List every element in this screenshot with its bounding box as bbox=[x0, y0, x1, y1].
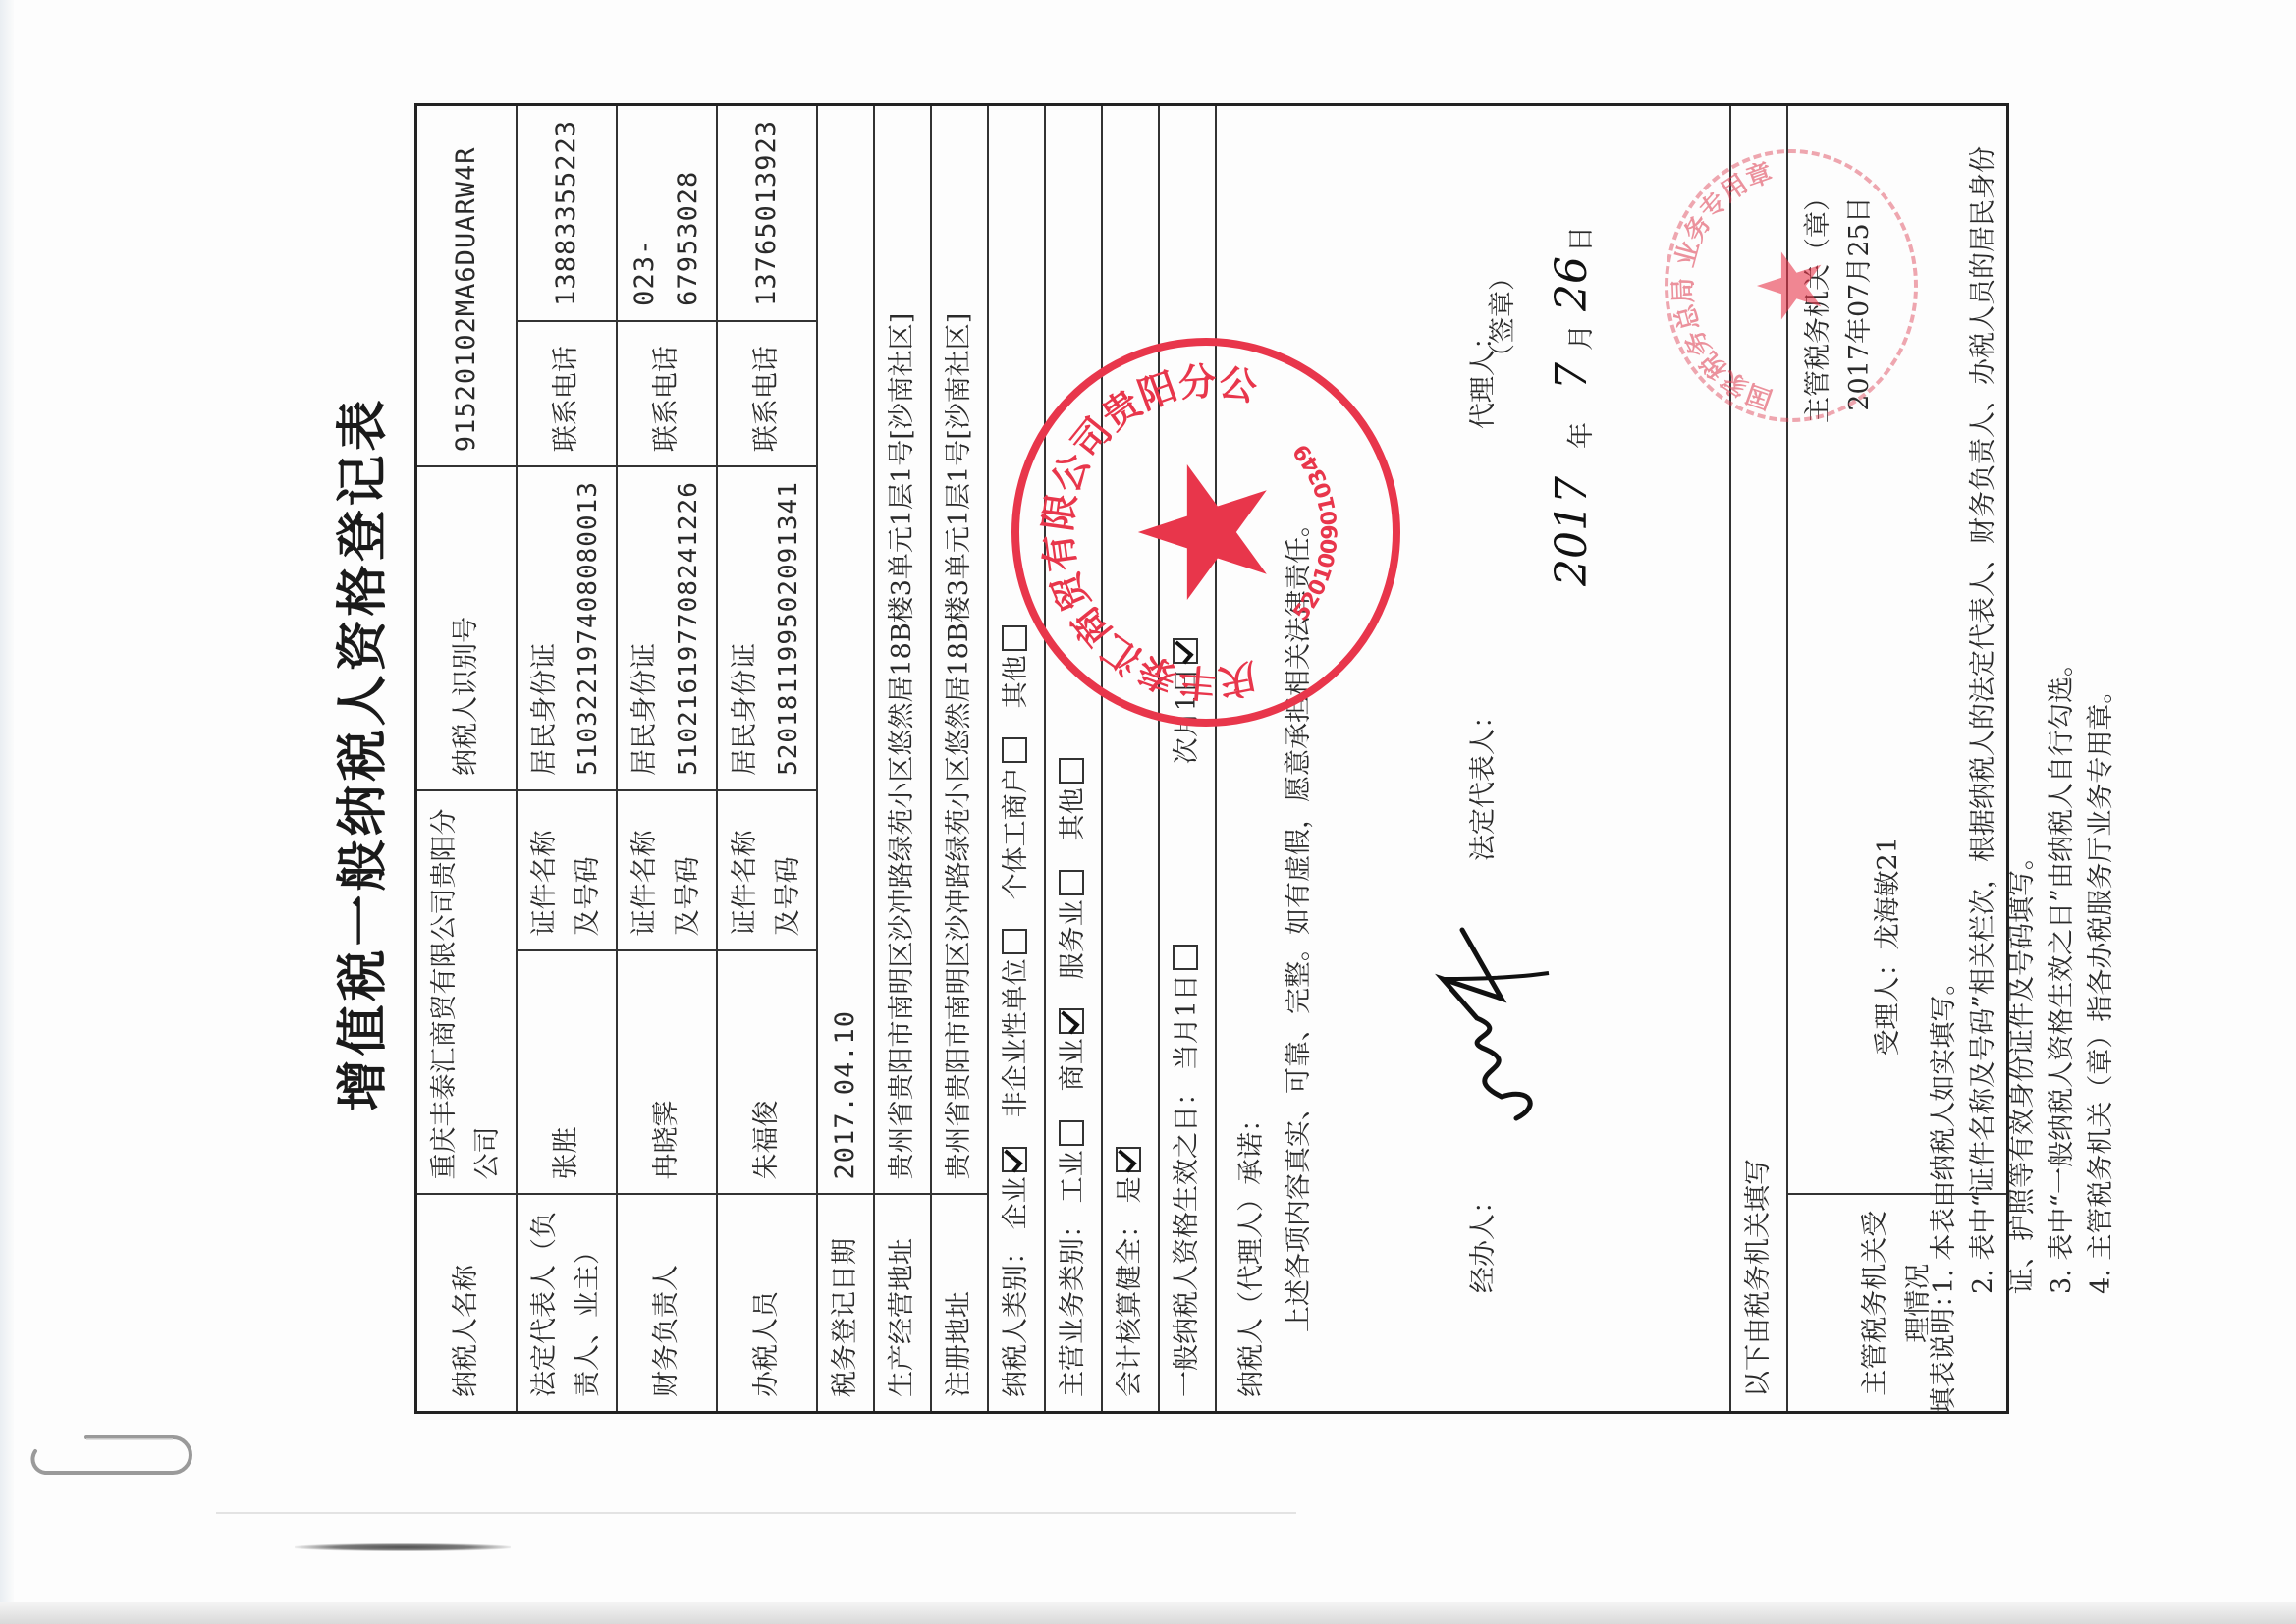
empty-box-icon[interactable] bbox=[1002, 929, 1027, 954]
cert-type: 居民身份证 bbox=[624, 481, 667, 776]
tax-officer-cert-label: 证件名称及号码 bbox=[717, 790, 817, 950]
receiver-name: 龙海敏21 bbox=[1873, 837, 1903, 949]
empty-box-icon[interactable] bbox=[1002, 737, 1027, 763]
effective-date: 一般纳税人资格生效之日： 当月1日次月1日 bbox=[1159, 105, 1216, 1413]
sign-year: 2017 bbox=[1551, 476, 1594, 586]
sign-day: 26 bbox=[1551, 256, 1594, 311]
option-label: 是 bbox=[1115, 1176, 1145, 1203]
finance-name: 冉晓霁 bbox=[617, 950, 717, 1194]
finance-cert: 居民身份证510216197708241226 bbox=[617, 466, 717, 790]
checkbox-option[interactable]: 服务业 bbox=[1058, 866, 1088, 979]
cert-type: 居民身份证 bbox=[724, 481, 767, 776]
option-label: 非企业性单位 bbox=[1001, 958, 1031, 1117]
option-label: 其他 bbox=[1058, 787, 1088, 840]
finance-label: 财务负责人 bbox=[617, 1195, 717, 1413]
biz-addr-value: 贵州省贵阳市南明区沙冲路绿苑小区悠然居18B楼3单元1层1号[沙南社区] bbox=[874, 105, 931, 1195]
company-seal: 重庆丰泰汇商贸有限公司贵阳分公司 5201009010349 ★ bbox=[1011, 338, 1400, 727]
taxpayer-type: 纳税人类别： 企业非企业性单位个体工商户其他 bbox=[988, 105, 1045, 1413]
day-unit: 日 bbox=[1560, 226, 1604, 252]
checkbox-option[interactable]: 商业 bbox=[1058, 1004, 1088, 1091]
sign-month: 7 bbox=[1551, 362, 1594, 390]
legal-rep-sign-label: 法定代表人： bbox=[1462, 702, 1505, 861]
checkbox-option[interactable]: 当月1日 bbox=[1172, 941, 1202, 1070]
legal-rep-phone: 13883355223 bbox=[517, 105, 617, 321]
reg-date-label: 税务登记日期 bbox=[817, 1195, 874, 1413]
tax-officer-name: 朱福俊 bbox=[717, 950, 817, 1194]
row-taxpayer-name: 纳税人名称 重庆丰泰汇商贸有限公司贵阳分公司 纳税人识别号 91520102MA… bbox=[416, 105, 518, 1413]
pledge-heading: 纳税人（代理人）承诺： bbox=[1230, 1106, 1274, 1397]
tax-officer-phone: 13765013923 bbox=[717, 105, 817, 321]
row-legal-rep: 法定代表人（负责人、业主） 张胜 证件名称及号码 居民身份证5103221974… bbox=[517, 105, 617, 1413]
row-effective-date: 一般纳税人资格生效之日： 当月1日次月1日 bbox=[1159, 105, 1216, 1413]
row-main-business: 主营业务类别： 工业商业服务业其他 bbox=[1045, 105, 1102, 1413]
legal-rep-name: 张胜 bbox=[517, 950, 617, 1194]
tax-officer-phone-label: 联系电话 bbox=[717, 321, 817, 466]
seal-label: （签章） bbox=[1482, 264, 1525, 370]
scan-edge-left bbox=[0, 0, 14, 1624]
option-label: 服务业 bbox=[1058, 899, 1088, 979]
pledge-section: 纳税人（代理人）承诺： 上述各项内容真实、可靠、完整。如有虚假，愿意承担相关法律… bbox=[1216, 105, 1730, 1413]
notes-heading: 填表说明： bbox=[1925, 1281, 1964, 1414]
biz-addr-label: 生产经营地址 bbox=[874, 1195, 931, 1413]
row-finance-manager: 财务负责人 冉晓霁 证件名称及号码 居民身份证51021619770824122… bbox=[617, 105, 717, 1413]
empty-box-icon[interactable] bbox=[1173, 945, 1198, 970]
reg-addr-value: 贵州省贵阳市南明区沙冲路绿苑小区悠然居18B楼3单元1层1号[沙南社区] bbox=[931, 105, 988, 1195]
finance-cert-label: 证件名称及号码 bbox=[617, 790, 717, 950]
star-icon: ★ bbox=[1118, 453, 1294, 611]
scan-shadow-line bbox=[216, 1512, 1296, 1514]
main-business-options: 工业商业服务业其他 bbox=[1058, 729, 1088, 1203]
star-icon: ★ bbox=[1747, 246, 1835, 326]
note-item: 2. 表中“证件名称及号码”相关栏次，根据纳税人的法定代表人、财务负责人、办税人… bbox=[1964, 103, 2043, 1294]
notes-items: 1. 本表由纳税人如实填写。 2. 表中“证件名称及号码”相关栏次，根据纳税人的… bbox=[1925, 103, 2121, 1294]
reg-addr-label: 注册地址 bbox=[931, 1195, 988, 1413]
cert-number: 520181199502091341 bbox=[767, 481, 810, 776]
checked-box-icon[interactable] bbox=[1059, 1008, 1084, 1034]
legal-rep-label: 法定代表人（负责人、业主） bbox=[517, 1195, 617, 1413]
row-business-address: 生产经营地址 贵州省贵阳市南明区沙冲路绿苑小区悠然居18B楼3单元1层1号[沙南… bbox=[874, 105, 931, 1413]
cert-type: 居民身份证 bbox=[523, 481, 567, 776]
accounting-options: 是 bbox=[1115, 1117, 1145, 1203]
option-label: 商业 bbox=[1058, 1038, 1088, 1091]
taxpayer-id-label: 纳税人识别号 bbox=[416, 466, 518, 790]
month-unit: 月 bbox=[1560, 324, 1604, 351]
main-business-label: 主营业务类别： bbox=[1058, 1212, 1088, 1397]
handler-signature bbox=[1423, 920, 1551, 1126]
option-label: 个体工商户 bbox=[1001, 767, 1031, 899]
taxpayer-type-label: 纳税人类别： bbox=[1001, 1238, 1031, 1397]
checkbox-option[interactable]: 个体工商户 bbox=[1001, 733, 1031, 899]
scan-edge-bottom bbox=[0, 1602, 2296, 1624]
empty-box-icon[interactable] bbox=[1059, 1120, 1084, 1146]
registration-form-sheet: 增值税一般纳税人资格登记表 纳税人名称 重庆丰泰汇商贸有限公司贵阳分公司 纳税人… bbox=[324, 93, 2170, 1414]
finance-phone-label: 联系电话 bbox=[617, 321, 717, 466]
option-label: 工业 bbox=[1058, 1150, 1088, 1203]
row-taxpayer-type: 纳税人类别： 企业非企业性单位个体工商户其他 bbox=[988, 105, 1045, 1413]
accounting: 会计核算健全： 是 bbox=[1102, 105, 1159, 1413]
main-business: 主营业务类别： 工业商业服务业其他 bbox=[1045, 105, 1102, 1413]
option-label: 当月1日 bbox=[1172, 974, 1202, 1070]
form-title: 增值税一般纳税人资格登记表 bbox=[324, 93, 403, 1414]
effective-date-label: 一般纳税人资格生效之日： bbox=[1172, 1079, 1202, 1397]
handler-label: 经办人： bbox=[1462, 1187, 1505, 1293]
checkbox-option[interactable]: 非企业性单位 bbox=[1001, 925, 1031, 1117]
paper-clip-icon bbox=[26, 1432, 192, 1479]
note-item: 3. 表中“一般纳税人资格生效之日”由纳税人自行勾选。 bbox=[2043, 103, 2082, 1294]
receiver-label: 受理人： bbox=[1873, 950, 1903, 1056]
note-item: 4. 主管税务机关（章）指各办税服务厅业务专用章。 bbox=[2082, 103, 2121, 1294]
year-unit: 年 bbox=[1560, 422, 1604, 449]
row-tax-officer: 办税人员 朱福俊 证件名称及号码 居民身份证520181199502091341… bbox=[717, 105, 817, 1413]
option-label: 企业 bbox=[1001, 1176, 1031, 1229]
checkbox-option[interactable]: 企业 bbox=[1001, 1143, 1031, 1229]
row-pledge: 纳税人（代理人）承诺： 上述各项内容真实、可靠、完整。如有虚假，愿意承担相关法律… bbox=[1216, 105, 1730, 1413]
row-accounting: 会计核算健全： 是 bbox=[1102, 105, 1159, 1413]
tax-officer-label: 办税人员 bbox=[717, 1195, 817, 1413]
note-item: 1. 本表由纳税人如实填写。 bbox=[1925, 103, 1964, 1294]
empty-box-icon[interactable] bbox=[1059, 870, 1084, 895]
legal-rep-cert: 居民身份证510322197408080013 bbox=[517, 466, 617, 790]
taxpayer-id-value: 91520102MA6DUARW4R bbox=[416, 105, 518, 467]
reg-date-value: 2017.04.10 bbox=[817, 105, 874, 1195]
checkbox-option[interactable]: 其他 bbox=[1058, 754, 1088, 840]
checkbox-option[interactable]: 工业 bbox=[1058, 1116, 1088, 1203]
tax-authority-seal: 国家税务总局 业务专用章 ★ bbox=[1665, 149, 1918, 422]
tax-officer-cert: 居民身份证520181199502091341 bbox=[717, 466, 817, 790]
row-registration-date: 税务登记日期 2017.04.10 bbox=[817, 105, 874, 1413]
empty-box-icon[interactable] bbox=[1059, 758, 1084, 784]
row-registered-address: 注册地址 贵州省贵阳市南明区沙冲路绿苑小区悠然居18B楼3单元1层1号[沙南社区… bbox=[931, 105, 988, 1413]
taxpayer-name-value: 重庆丰泰汇商贸有限公司贵阳分公司 bbox=[416, 790, 518, 1195]
checked-box-icon[interactable] bbox=[1002, 1147, 1027, 1172]
finance-phone: 023-67953028 bbox=[617, 105, 717, 321]
receiver: 受理人：龙海敏21 bbox=[1867, 837, 1910, 1056]
legal-rep-phone-label: 联系电话 bbox=[517, 321, 617, 466]
checked-box-icon[interactable] bbox=[1116, 1147, 1141, 1172]
legal-rep-cert-label: 证件名称及号码 bbox=[517, 790, 617, 950]
accounting-label: 会计核算健全： bbox=[1115, 1212, 1145, 1397]
taxpayer-name-label: 纳税人名称 bbox=[416, 1195, 518, 1413]
checkbox-option[interactable]: 是 bbox=[1115, 1143, 1145, 1203]
ink-smudge bbox=[295, 1543, 511, 1551]
cert-number: 510216197708241226 bbox=[667, 481, 710, 776]
cert-number: 510322197408080013 bbox=[567, 481, 610, 776]
